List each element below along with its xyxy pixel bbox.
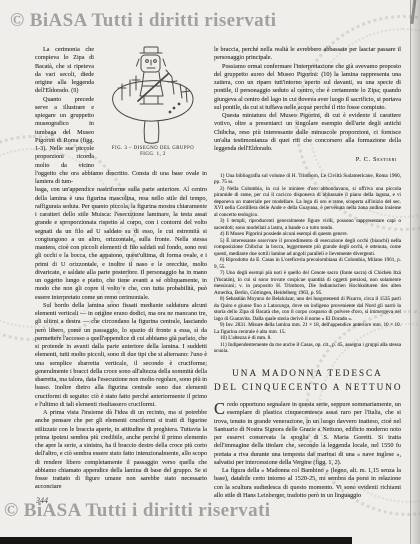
paragraph: Possiamo ormai confermare l'interpretazi… [214,63,401,113]
watermark-top: © BiASA Tutti i diritti riservati [10,10,277,32]
right-column: le braccia, perché nella realtà le avreb… [214,46,401,540]
paragraph: Credo opportuno segnalare in questa seri… [214,401,401,467]
article-title: UNA MADONNA TEDESCA DEL CINQUECENTO A NE… [214,366,401,395]
left-column: FIG. 3 – DISEGNO DEL GRUPPO FIGG. 1, 2 L… [35,46,207,494]
paragraph: baga, con un'appendice nastriforme sulla… [35,186,207,302]
paragraph-text: redo opportuno segnalare in questa serie… [214,401,401,466]
paragraph: Sul bordo della lamina sono fissati medi… [35,302,207,409]
paragraph: A prima vista l'insieme dà l'idea di un … [35,409,207,492]
page-number: 344 [36,496,48,505]
page-edge-shade [411,0,420,544]
footnote: 2) Nella Colombia, in cui le miniere d'o… [214,186,401,219]
figure-caption-line2: FIGG. 1, 2 [99,152,207,158]
page-edge-line [410,0,411,544]
scan-artifact-bar [0,537,352,544]
article-title-line2: DEL CINQUECENTO A NETTUNO [214,380,401,394]
drop-cap: C [214,401,227,415]
footnotes: 1) Una bibliografia sul volume di H. Tri… [214,173,401,355]
author-signature: P. C. Sestieri [214,156,401,164]
footnote: 6) Riprodotto da E. Casas in L'oreficeri… [214,257,401,270]
paragraph: La figura della « Madonna col Bambino » … [214,467,401,500]
footnote: 7) Uno degli esempi più noti è quello de… [214,270,401,296]
paragraph: le braccia, perché nella realtà le avreb… [214,46,401,63]
scanned-journal-page: © BiASA Tutti i diritti riservati [0,0,420,544]
footnote: 3) I templi, riproducenti generalmente f… [214,218,401,231]
footnote: 1) Una bibliografia sul volume di H. Tri… [214,173,401,186]
muisca-raft-drawing [100,46,206,144]
footnote: 5) È interessante osservare il procedime… [214,238,401,258]
footnote: 11) Indipendentemente da me anche il Cas… [214,342,401,355]
footnote: 8) Sebastián Moyano de Belalcázar, uno d… [214,296,401,322]
article-title-line1: UNA MADONNA TEDESCA [214,366,401,380]
footnote: 9) Inv. 2831. Misure della lamina mm. 21… [214,322,401,335]
figure: FIG. 3 – DISEGNO DEL GRUPPO FIGG. 1, 2 [99,46,207,159]
paragraph: Questa miniatura del Museo Pigorini, di … [214,112,401,153]
figure-caption: FIG. 3 – DISEGNO DEL GRUPPO FIGG. 1, 2 [99,146,207,159]
